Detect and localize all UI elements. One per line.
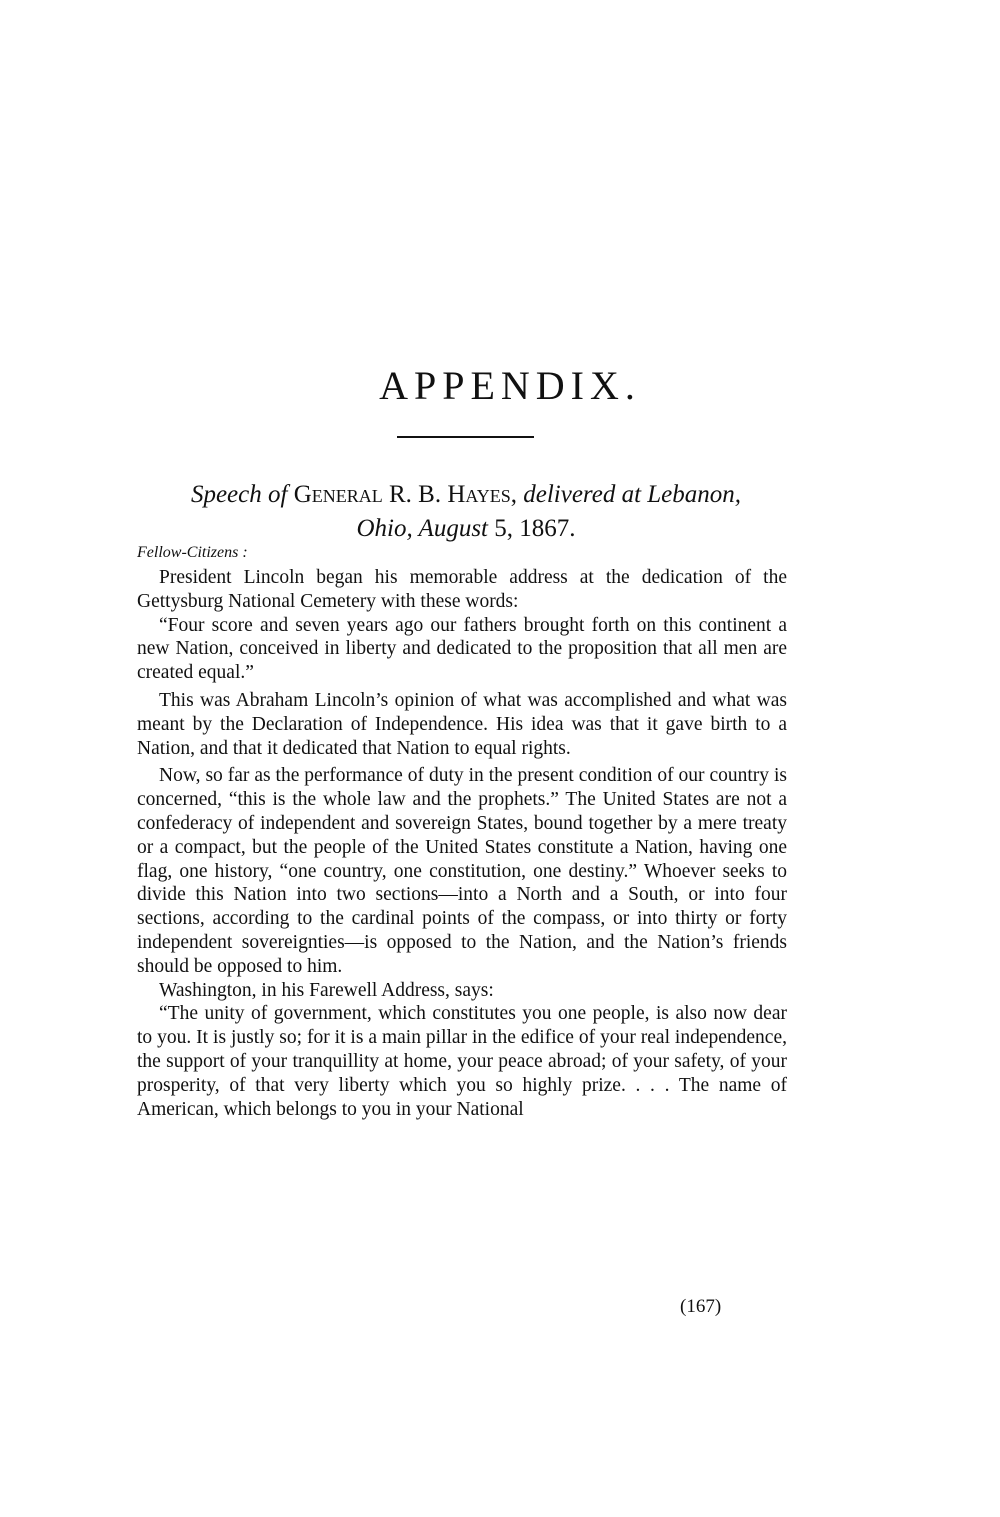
title-name: General R. B. Hayes, — [294, 481, 517, 508]
body-text: President Lincoln began his memorable ad… — [137, 566, 787, 1121]
heading-rule — [397, 436, 534, 438]
document-page: APPENDIX. Speech of General R. B. Hayes,… — [0, 0, 1000, 1517]
speech-title: Speech of General R. B. Hayes, delivered… — [136, 478, 796, 546]
title-place-date: Ohio, August — [357, 515, 489, 542]
title-speech-of: Speech of — [191, 481, 287, 508]
paragraph: Now, so far as the performance of duty i… — [137, 764, 787, 978]
title-delivered: delivered at Lebanon, — [523, 481, 741, 508]
paragraph: “The unity of government, which constitu… — [137, 1002, 787, 1121]
paragraph: “Four score and seven years ago our fath… — [137, 614, 787, 685]
paragraph: President Lincoln began his memorable ad… — [137, 566, 787, 614]
appendix-heading: APPENDIX. — [0, 362, 1000, 409]
paragraph: Washington, in his Farewell Address, say… — [137, 979, 787, 1003]
paragraph: This was Abraham Lincoln’s opinion of wh… — [137, 689, 787, 760]
salutation: Fellow-Citizens : — [137, 544, 248, 562]
title-date-rest: 5, 1867. — [494, 515, 575, 542]
page-number: (167) — [680, 1296, 721, 1318]
